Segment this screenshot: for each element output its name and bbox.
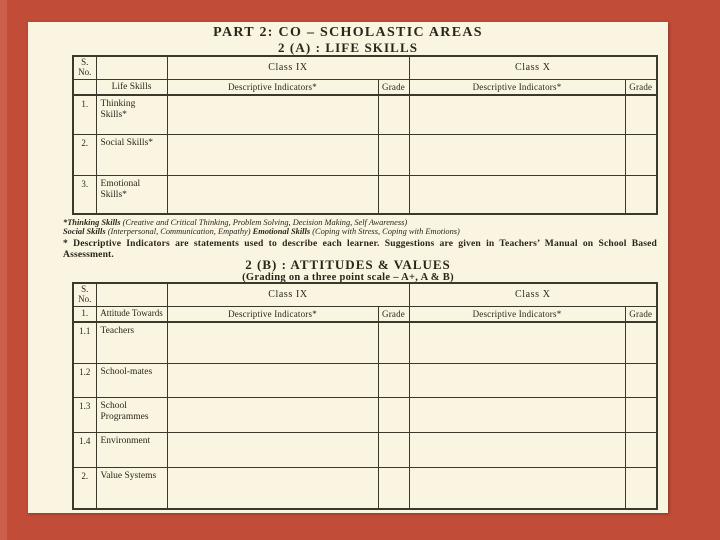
row-sno: 1.3 [73, 397, 96, 432]
blank-header-cell [96, 56, 167, 79]
sno-column-header: S. No. [73, 283, 96, 306]
descriptive-ix-cell [167, 432, 378, 467]
row-sno: 3. [73, 175, 96, 214]
row-sno: 2. [73, 467, 96, 509]
life-skills-row-emotional: 3. Emotional Skills* [73, 175, 657, 214]
life-skills-table: S. No. Class IX Class X Life Skills Desc… [72, 55, 658, 215]
attitudes-column-header-row: 1. Attitude Towards Descriptive Indicato… [73, 306, 657, 322]
attitudes-values-table: S. No. Class IX Class X 1. Attitude Towa… [72, 282, 658, 510]
blank-sno-cell [73, 79, 96, 95]
descriptive-x-cell [409, 175, 625, 214]
grade-x-cell [625, 467, 657, 509]
grade-ix-cell [378, 175, 409, 214]
row-sno: 1. [73, 95, 96, 134]
report-card-page: PART 2: CO – SCHOLASTIC AREAS 2 (A) : LI… [28, 22, 668, 513]
descriptive-indicators-ix-header: Descriptive Indicators* [167, 306, 378, 322]
grade-x-cell [625, 432, 657, 467]
grade-ix-cell [378, 322, 409, 363]
part2-title: PART 2: CO – SCHOLASTIC AREAS [28, 26, 668, 41]
footnote-social-detail: (Interpersonal, Communication, Empathy) [106, 227, 253, 236]
footnote-thinking-skills: *Thinking Skills (Creative and Critical … [63, 218, 657, 227]
descriptive-ix-cell [167, 363, 378, 397]
descriptive-x-cell [409, 322, 625, 363]
descriptive-ix-cell [167, 322, 378, 363]
descriptive-ix-cell [167, 397, 378, 432]
life-skills-column-header-row: Life Skills Descriptive Indicators* Grad… [73, 79, 657, 95]
grade-x-cell [625, 134, 657, 175]
attitudes-row-teachers: 1.1 Teachers [73, 322, 657, 363]
descriptive-ix-cell [167, 467, 378, 509]
grade-x-header: Grade [625, 79, 657, 95]
footnote-thinking-label: *Thinking Skills [63, 218, 120, 227]
row-label: Value Systems [96, 467, 167, 509]
descriptive-x-cell [409, 467, 625, 509]
attitudes-row-school-programmes: 1.3 School Programmes [73, 397, 657, 432]
class-x-header: Class X [409, 56, 657, 79]
row-sno: 1.2 [73, 363, 96, 397]
row-label: Environment [96, 432, 167, 467]
descriptive-x-cell [409, 432, 625, 467]
descriptive-ix-cell [167, 95, 378, 134]
descriptive-ix-cell [167, 175, 378, 214]
attitudes-row-value-systems: 2. Value Systems [73, 467, 657, 509]
footnote-emotional-detail: (Coping with Stress, Coping with Emotion… [310, 227, 460, 236]
row-label: Social Skills* [96, 134, 167, 175]
descriptive-x-cell [409, 134, 625, 175]
footnote-social-emotional-skills: Social Skills (Interpersonal, Communicat… [63, 227, 657, 236]
descriptive-indicators-ix-header: Descriptive Indicators* [167, 79, 378, 95]
descriptive-ix-cell [167, 134, 378, 175]
row-label: Thinking Skills* [96, 95, 167, 134]
attitude-row-number: 1. [73, 306, 96, 322]
blank-header-cell [96, 283, 167, 306]
descriptive-x-cell [409, 95, 625, 134]
life-skills-column-header: Life Skills [96, 79, 167, 95]
sno-column-header: S. No. [73, 56, 96, 79]
footnote-thinking-detail: (Creative and Critical Thinking, Problem… [120, 218, 407, 227]
grade-ix-cell [378, 134, 409, 175]
descriptive-x-cell [409, 363, 625, 397]
grade-x-cell [625, 95, 657, 134]
class-ix-header: Class IX [167, 56, 409, 79]
descriptive-indicators-x-header: Descriptive Indicators* [409, 306, 625, 322]
descriptive-x-cell [409, 397, 625, 432]
class-ix-header: Class IX [167, 283, 409, 306]
grade-ix-header: Grade [378, 306, 409, 322]
grade-x-cell [625, 322, 657, 363]
footnote-emotional-label: Emotional Skills [253, 227, 310, 236]
row-sno: 1.4 [73, 432, 96, 467]
life-skills-row-social: 2. Social Skills* [73, 134, 657, 175]
life-skills-row-thinking: 1. Thinking Skills* [73, 95, 657, 134]
attitude-towards-header: Attitude Towards [96, 306, 167, 322]
row-label: School-mates [96, 363, 167, 397]
life-skills-class-header-row: S. No. Class IX Class X [73, 56, 657, 79]
slide-canvas: PART 2: CO – SCHOLASTIC AREAS 2 (A) : LI… [0, 0, 720, 540]
attitudes-class-header-row: S. No. Class IX Class X [73, 283, 657, 306]
grade-ix-cell [378, 397, 409, 432]
footnotes-block: *Thinking Skills (Creative and Critical … [63, 218, 657, 260]
attitudes-row-schoolmates: 1.2 School-mates [73, 363, 657, 397]
grade-ix-cell [378, 363, 409, 397]
descriptive-indicators-x-header: Descriptive Indicators* [409, 79, 625, 95]
grade-ix-cell [378, 432, 409, 467]
row-label: Emotional Skills* [96, 175, 167, 214]
section-2b-heading-block: 2 (B) : ATTITUDES & VALUES (Grading on a… [28, 258, 668, 284]
attitudes-row-environment: 1.4 Environment [73, 432, 657, 467]
section-2b-title: 2 (B) : ATTITUDES & VALUES [28, 258, 668, 272]
grade-x-header: Grade [625, 306, 657, 322]
row-sno: 2. [73, 134, 96, 175]
grade-ix-cell [378, 95, 409, 134]
section-2a-title: 2 (A) : LIFE SKILLS [28, 41, 668, 55]
grade-x-cell [625, 363, 657, 397]
row-label: Teachers [96, 322, 167, 363]
row-label: School Programmes [96, 397, 167, 432]
row-sno: 1.1 [73, 322, 96, 363]
grade-x-cell [625, 397, 657, 432]
grade-ix-cell [378, 467, 409, 509]
grade-x-cell [625, 175, 657, 214]
footnote-social-label: Social Skills [63, 227, 106, 236]
class-x-header: Class X [409, 283, 657, 306]
grade-ix-header: Grade [378, 79, 409, 95]
